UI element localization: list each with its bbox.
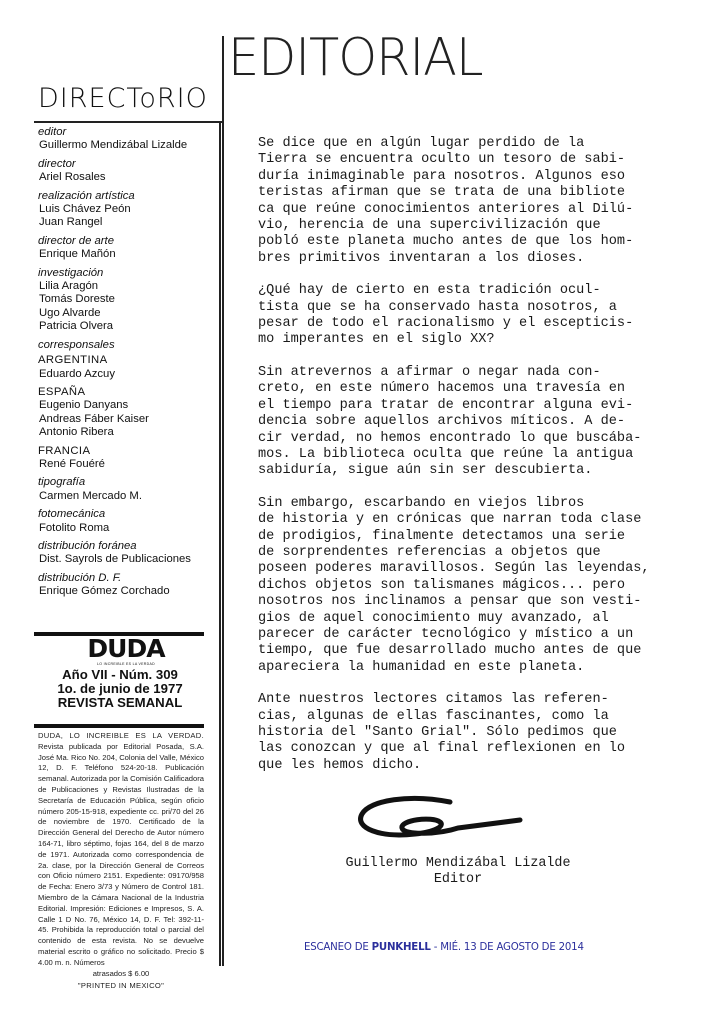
duda-tagline: LO INCREIBLE ES LA VERDAD [86,662,166,666]
directory-group: investigaciónLilia AragónTomás DoresteUg… [38,267,220,334]
directory-name: Luis Chávez Peón [38,203,220,216]
directory-role: editor [38,126,220,139]
directory-name: Patricia Olvera [38,320,220,333]
directory-group: distribución foráneaDist. Sayrols de Pub… [38,540,220,567]
directory-role: distribución foránea [38,540,220,553]
legal-notice: DUDA, LO INCREIBLE ES LA VERDAD. Revista… [38,731,204,992]
printed-in-mexico: "PRINTED IN MEXICO" [38,981,204,992]
issue-type: REVISTA SEMANAL [34,696,206,710]
column-divider [222,36,224,966]
directory-role: corresponsales [38,339,220,352]
directory-group: FRANCIARené Fouéré [38,445,220,472]
directory-country: ESPAÑA [38,386,220,399]
directory-group: corresponsales [38,339,220,352]
editorial-body: Se dice que en algún lugar perdido de la… [258,136,718,790]
directory-role: director [38,158,220,171]
directory-role: realización artística [38,190,220,203]
scan-credit-prefix: ESCANEO DE [304,942,372,953]
directory-group: editorGuillermo Mendizábal Lizalde [38,126,220,153]
editorial-paragraph: Se dice que en algún lugar perdido de la… [258,136,718,267]
directory-role: fotomecánica [38,508,220,521]
directory-name: Guillermo Mendizábal Lizalde [38,139,220,152]
directory-name: Dist. Sayrols de Publicaciones [38,553,220,566]
editorial-paragraph: Ante nuestros lectores citamos las refer… [258,692,718,774]
directory-name: Enrique Mañón [38,248,220,261]
directory-name: Eugenio Danyans [38,399,220,412]
signature-role: Editor [258,872,658,888]
editorial-paragraph: Sin atrevernos a afirmar o negar nada co… [258,365,718,480]
directory-name: Fotolito Roma [38,522,220,535]
directory-role: director de arte [38,235,220,248]
directory-name: Carmen Mercado M. [38,490,220,503]
directory-group: ESPAÑAEugenio DanyansAndreas Fáber Kaise… [38,386,220,440]
directory-name: Tomás Doreste [38,293,220,306]
duda-logo: DUDA [86,634,166,664]
section-divider [34,724,204,728]
directory-group: directorAriel Rosales [38,158,220,185]
directory-name: Andreas Fáber Kaiser [38,413,220,426]
directory-role: tipografía [38,476,220,489]
editorial-heading: EDITORIAL [228,28,483,88]
back-issue-price: atrasados $ 6.00 [38,969,204,980]
directory-group: director de arteEnrique Mañón [38,235,220,262]
signature-icon [340,790,580,850]
directory-name: Juan Rangel [38,216,220,229]
directory-group: distribución D. F.Enrique Gómez Corchado [38,572,220,599]
scan-credit: ESCANEO DE PUNKHELL - MIÉ. 13 DE AGOSTO … [304,942,614,953]
legal-body: Revista publicada por Editorial Posada, … [38,742,204,967]
directory-name: Antonio Ribera [38,426,220,439]
directory-name: Ugo Alvarde [38,307,220,320]
staff-directory: editorGuillermo Mendizábal Lizaldedirect… [38,126,220,604]
directory-group: tipografíaCarmen Mercado M. [38,476,220,503]
directory-role: distribución D. F. [38,572,220,585]
directory-group: fotomecánicaFotolito Roma [38,508,220,535]
directorio-heading: DIRECToRIO [38,84,208,114]
issue-date: 1o. de junio de 1977 [34,682,206,696]
issue-number: Año VII - Núm. 309 [34,668,206,682]
directorio-top-rule [34,121,222,123]
issue-info: Año VII - Núm. 309 1o. de junio de 1977 … [34,668,206,710]
directory-group: ARGENTINAEduardo Azcuy [38,354,220,381]
editorial-paragraph: ¿Qué hay de cierto en esta tradición ocu… [258,283,718,349]
scan-credit-author: PUNKHELL [372,942,431,953]
directory-name: Lilia Aragón [38,280,220,293]
directory-group: realización artísticaLuis Chávez PeónJua… [38,190,220,230]
directory-name: Eduardo Azcuy [38,368,220,381]
signature-block: Guillermo Mendizábal Lizalde Editor [258,856,658,888]
scan-credit-date: - MIÉ. 13 DE AGOSTO DE 2014 [431,942,584,953]
legal-heading: DUDA, LO INCREIBLE ES LA VERDAD. [38,731,204,740]
directory-name: René Fouéré [38,458,220,471]
directory-name: Enrique Gómez Corchado [38,585,220,598]
directory-country: ARGENTINA [38,354,220,367]
editorial-paragraph: Sin embargo, escarbando en viejos libros… [258,496,718,676]
directory-role: investigación [38,267,220,280]
signature-name: Guillermo Mendizábal Lizalde [258,856,658,872]
directory-name: Ariel Rosales [38,171,220,184]
directory-country: FRANCIA [38,445,220,458]
